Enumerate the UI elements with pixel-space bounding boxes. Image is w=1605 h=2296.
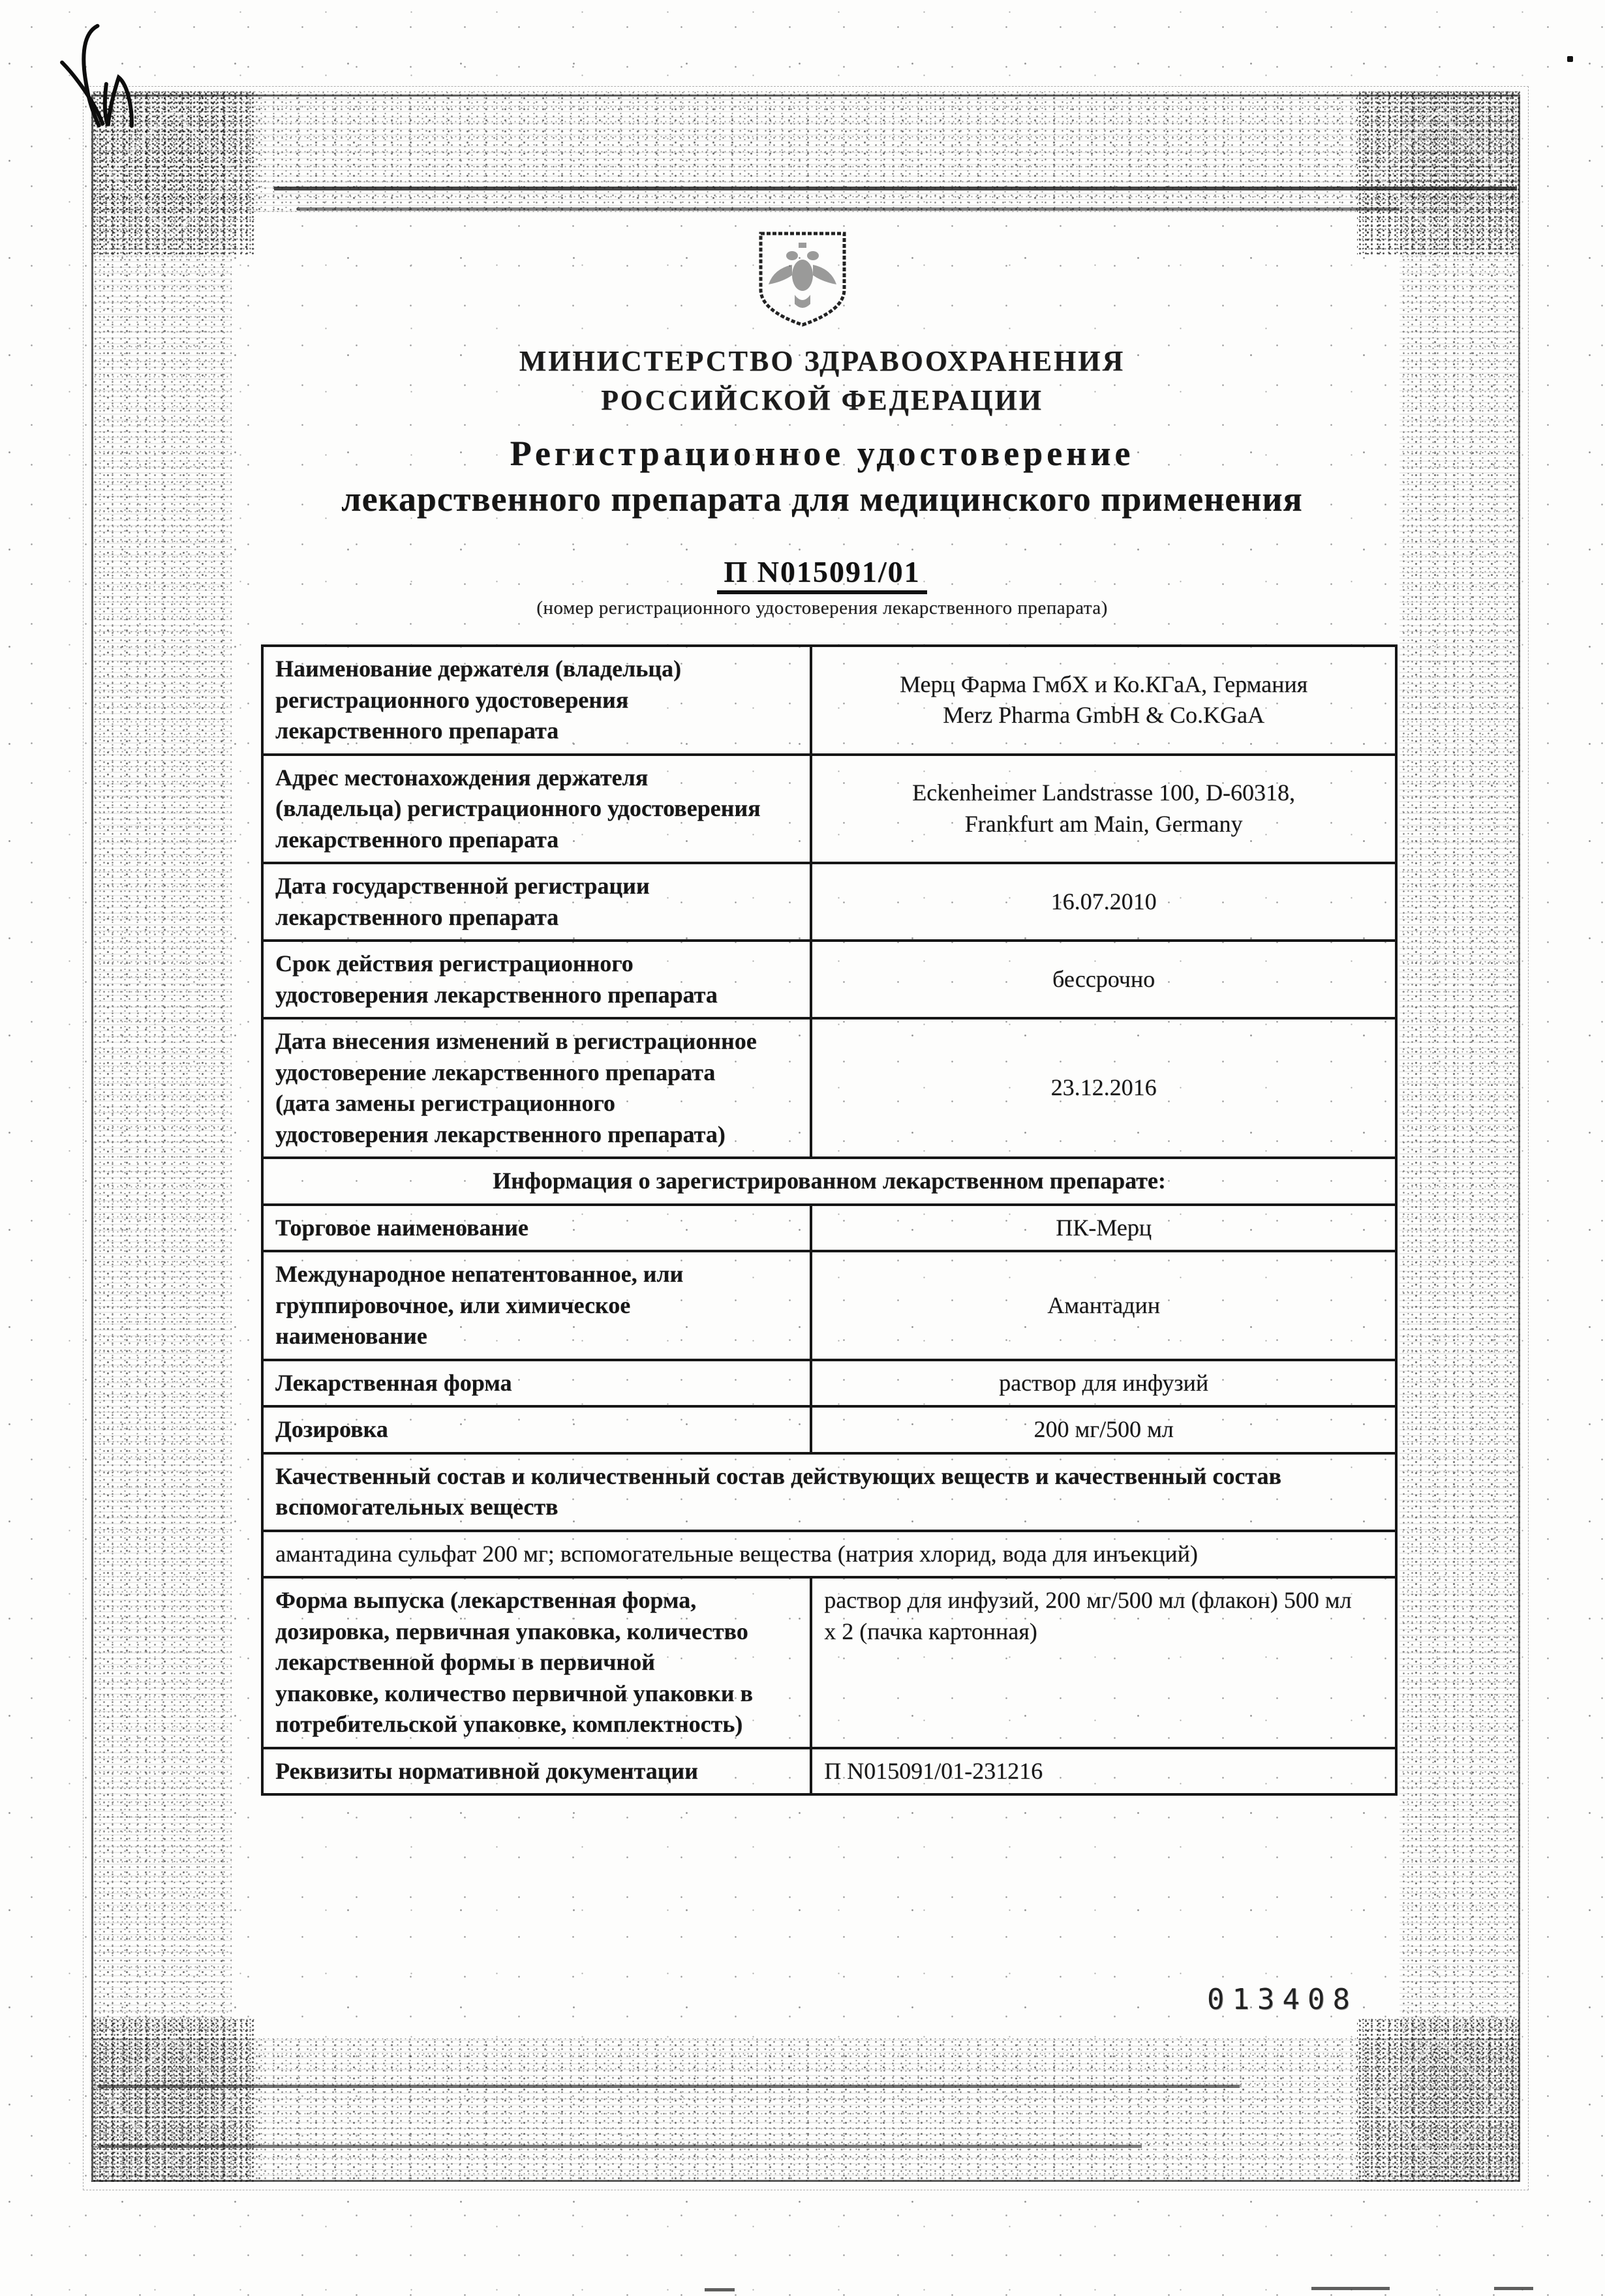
field-value: Амантадин bbox=[811, 1251, 1396, 1360]
field-label: Дозировка bbox=[262, 1406, 811, 1453]
table-row: Реквизиты нормативной документации П N01… bbox=[262, 1748, 1396, 1795]
field-label: Адрес местонахождения держателя (владель… bbox=[262, 755, 811, 864]
registration-number-caption: (номер регистрационного удостоверения ле… bbox=[248, 597, 1396, 619]
field-label: Форма выпуска (лекарственная форма, дози… bbox=[262, 1577, 811, 1748]
document-title: Регистрационное удостоверение лекарствен… bbox=[215, 430, 1429, 522]
section-heading: Качественный состав и количественный сос… bbox=[262, 1453, 1396, 1531]
border-band-top bbox=[91, 91, 1520, 212]
field-value: 200 мг/500 мл bbox=[811, 1406, 1396, 1453]
scan-artifact-dash bbox=[1494, 2287, 1533, 2290]
handwritten-mark-icon bbox=[46, 13, 176, 143]
table-row: Дозировка 200 мг/500 мл bbox=[262, 1406, 1396, 1453]
border-band-bottom bbox=[91, 2038, 1520, 2182]
table-row: Торговое наименование ПК-Мерц bbox=[262, 1205, 1396, 1252]
registration-number-wrap: П N015091/01 bbox=[248, 554, 1396, 594]
field-label: Наименование держателя (владельца) регис… bbox=[262, 646, 811, 755]
field-value: Eckenheimer Landstrasse 100, D-60318, Fr… bbox=[811, 755, 1396, 864]
border-corner-top-right bbox=[1357, 91, 1520, 254]
scan-artifact-dash bbox=[705, 2288, 735, 2291]
section-heading: Информация о зарегистрированном лекарств… bbox=[262, 1158, 1396, 1205]
table-row: Срок действия регистрационного удостовер… bbox=[262, 941, 1396, 1018]
border-band-left bbox=[91, 91, 232, 2182]
ministry-heading: МИНИСТЕРСТВО ЗДРАВООХРАНЕНИЯ РОССИЙСКОЙ … bbox=[248, 342, 1396, 420]
ministry-line-2: РОССИЙСКОЙ ФЕДЕРАЦИИ bbox=[248, 381, 1396, 420]
table-row: Дата государственной регистрации лекарст… bbox=[262, 863, 1396, 941]
border-rule-bottom-1 bbox=[98, 2085, 1240, 2088]
field-value: ПК-Мерц bbox=[811, 1205, 1396, 1252]
field-value: раствор для инфузий, 200 мг/500 мл (флак… bbox=[811, 1577, 1396, 1748]
document-title-line-1: Регистрационное удостоверение bbox=[215, 430, 1429, 476]
table-row-section: Информация о зарегистрированном лекарств… bbox=[262, 1158, 1396, 1205]
coat-of-arms-icon bbox=[752, 227, 853, 331]
field-label: Дата государственной регистрации лекарст… bbox=[262, 863, 811, 941]
scan-artifact-dot bbox=[1567, 56, 1573, 62]
border-rule-top-1 bbox=[274, 187, 1517, 190]
table-row: Наименование держателя (владельца) регис… bbox=[262, 646, 1396, 755]
border-rule-top-2 bbox=[297, 207, 1399, 211]
table-row: Адрес местонахождения держателя (владель… bbox=[262, 755, 1396, 864]
table-row: Международное непатентованное, или групп… bbox=[262, 1251, 1396, 1360]
field-value: П N015091/01-231216 bbox=[811, 1748, 1396, 1795]
border-corner-bottom-right bbox=[1357, 2019, 1520, 2182]
table-row: Форма выпуска (лекарственная форма, дози… bbox=[262, 1577, 1396, 1748]
scan-artifact-dash bbox=[1311, 2287, 1390, 2290]
field-value: 23.12.2016 bbox=[811, 1018, 1396, 1158]
document-title-line-2: лекарственного препарата для медицинског… bbox=[215, 476, 1429, 522]
field-label: Срок действия регистрационного удостовер… bbox=[262, 941, 811, 1018]
border-band-right bbox=[1399, 91, 1520, 2182]
field-value: бессрочно bbox=[811, 941, 1396, 1018]
section-text: амантадина сульфат 200 мг; вспомогательн… bbox=[262, 1531, 1396, 1578]
certificate-page: МИНИСТЕРСТВО ЗДРАВООХРАНЕНИЯ РОССИЙСКОЙ … bbox=[0, 0, 1605, 2296]
ministry-line-1: МИНИСТЕРСТВО ЗДРАВООХРАНЕНИЯ bbox=[248, 342, 1396, 381]
field-value: 16.07.2010 bbox=[811, 863, 1396, 941]
field-label: Торговое наименование bbox=[262, 1205, 811, 1252]
table-row-section: Качественный состав и количественный сос… bbox=[262, 1453, 1396, 1531]
serial-number: 013408 bbox=[1207, 1983, 1358, 2016]
field-label: Лекарственная форма bbox=[262, 1360, 811, 1407]
certificate-table: Наименование держателя (владельца) регис… bbox=[261, 644, 1398, 1796]
border-corner-bottom-left bbox=[91, 2019, 254, 2182]
field-label: Международное непатентованное, или групп… bbox=[262, 1251, 811, 1360]
table-row-section: амантадина сульфат 200 мг; вспомогательн… bbox=[262, 1531, 1396, 1578]
table-row: Лекарственная форма раствор для инфузий bbox=[262, 1360, 1396, 1407]
table-row: Дата внесения изменений в регистрационно… bbox=[262, 1018, 1396, 1158]
field-label: Дата внесения изменений в регистрационно… bbox=[262, 1018, 811, 1158]
registration-number: П N015091/01 bbox=[717, 554, 926, 594]
field-label: Реквизиты нормативной документации bbox=[262, 1748, 811, 1795]
field-value: Мерц Фарма ГмбХ и Ко.КГаА, Германия Merz… bbox=[811, 646, 1396, 755]
field-value: раствор для инфузий bbox=[811, 1360, 1396, 1407]
border-rule-bottom-2 bbox=[98, 2145, 1142, 2148]
